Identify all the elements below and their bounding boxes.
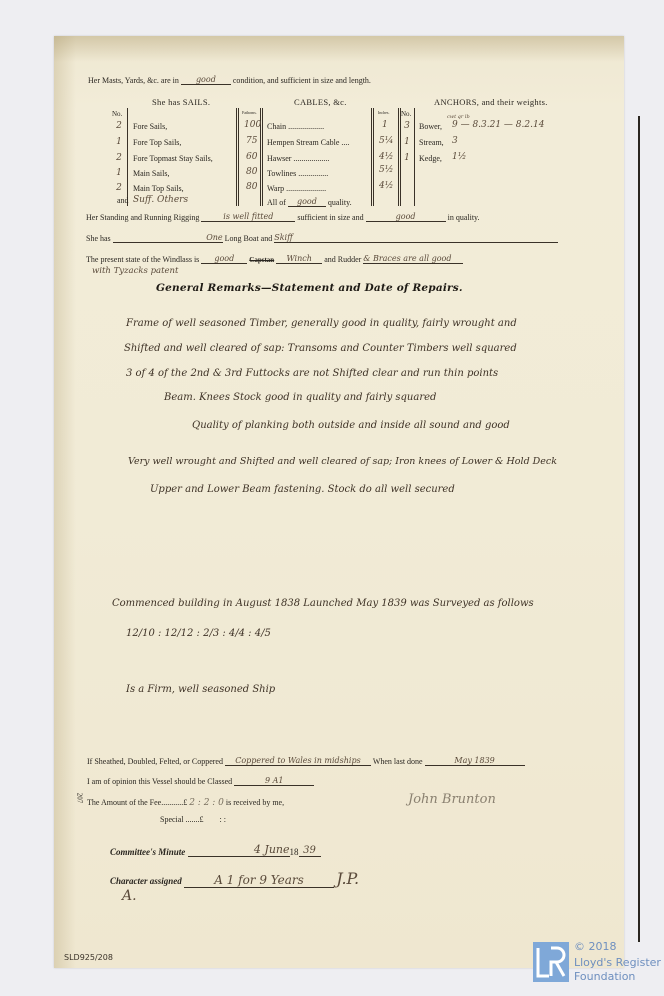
boats-label: She has [86, 234, 111, 243]
character-line: Character assigned A 1 for 9 Years J.P. [110, 869, 359, 888]
cable-fathoms: 80 [246, 167, 257, 177]
org-name-line1: Lloyd's Register [574, 956, 661, 969]
anchor-count: 1 [400, 153, 414, 163]
cable-fathoms: 60 [246, 152, 257, 162]
cable-inches: 5½ [379, 165, 393, 175]
cable-label: Hempen Stream Cable .... [267, 138, 349, 147]
sail-label: Main Sails, [133, 169, 169, 178]
masts-suffix: condition, and sufficient in size and le… [233, 76, 371, 85]
sail-count: 1 [112, 168, 126, 178]
fee-label: The Amount of the Fee...........£ [87, 798, 187, 807]
lr-logo-icon [533, 942, 569, 982]
character-initials: J.P. [336, 869, 359, 888]
remark-line: Beam. Knees Stock good in quality and fa… [164, 392, 436, 403]
character-label: Character assigned [110, 876, 182, 886]
masts-line: Her Masts, Yards, &c. are in good condit… [88, 75, 371, 85]
anchor-count: 1 [400, 137, 414, 147]
classed-label: I am of opinion this Vessel should be Cl… [87, 777, 232, 786]
boat-other-value: Skiff [274, 233, 558, 243]
cable-quality-suffix: quality. [328, 198, 352, 207]
sail-label: Fore Sails, [133, 122, 167, 131]
special-line: Special .......£ : : [160, 815, 226, 824]
rigging-quality-value: good [366, 212, 446, 222]
cable-inches: 4½ [379, 152, 393, 162]
last-done-label: When last done [373, 757, 423, 766]
fee-value: 2 : 2 : 0 [189, 798, 224, 808]
rudder-value: & Braces are all good [363, 254, 463, 264]
sheathed-value: Coppered to Wales in midships [225, 756, 371, 766]
sail-count: 2 [112, 121, 126, 131]
sails-header: She has SAILS. [152, 97, 210, 107]
special-value: : : [220, 815, 226, 824]
anchor-label: Stream, [419, 138, 444, 147]
rigging-value: is well fitted [201, 212, 295, 222]
org-name-line2: Foundation [574, 970, 635, 983]
sheathed-label: If Sheathed, Doubled, Felted, or Coppere… [87, 757, 223, 766]
surveyor-signature: John Brunton [408, 792, 496, 807]
lr-logo-glyph-icon [533, 942, 569, 982]
cable-inches: 4½ [379, 181, 393, 191]
anchor-count: 3 [400, 121, 414, 131]
capstan-label: Capstan [249, 256, 274, 264]
cable-inches: 5¼ [379, 136, 393, 146]
fathoms-col-divider-left [236, 108, 239, 206]
cable-fathoms: 80 [246, 182, 257, 192]
sail-label: Fore Top Sails, [133, 138, 181, 147]
right-border-rule [638, 116, 640, 942]
cable-inches: 1 [382, 120, 388, 130]
remark-line: 3 of 4 of the 2nd & 3rd Futtocks are not… [126, 368, 498, 379]
remark-line: Upper and Lower Beam fastening. Stock do… [150, 484, 455, 495]
anchor-weights: 1½ [452, 152, 466, 162]
inches-col-divider-left [371, 108, 374, 206]
long-boat-count: One [113, 233, 223, 243]
remark-line: Very well wrought and Shifted and well c… [128, 456, 557, 467]
anchor-label: Bower, [419, 122, 442, 131]
sail-count: 2 [112, 183, 126, 193]
cable-label: Hawser .................. [267, 154, 329, 163]
inches-header: Inches. [378, 110, 389, 115]
cable-label: Warp .................... [267, 184, 326, 193]
general-remarks-title: General Remarks—Statement and Date of Re… [156, 282, 463, 294]
windlass-line: The present state of the Windlass is goo… [86, 254, 463, 264]
character-value: A 1 for 9 Years [184, 873, 334, 888]
anchors-no-header: No. [401, 110, 411, 118]
archive-reference: SLD925/208 [64, 953, 113, 962]
masts-label: Her Masts, Yards, &c. are in [88, 76, 179, 85]
remark-line: Quality of planking both outside and ins… [192, 420, 510, 431]
survey-measurements: 12/10 : 12/12 : 2/3 : 4/4 : 4/5 [126, 628, 271, 639]
remark-line: Commenced building in August 1838 Launch… [112, 598, 534, 609]
anchor-weights: 3 [452, 136, 458, 146]
sail-count: 2 [112, 153, 126, 163]
committee-line: Committee's Minute 4 June1839 [110, 843, 321, 857]
committee-year-prefix: 18 [290, 847, 299, 857]
classed-value: 9 A1 [234, 776, 314, 786]
windlass-continuation: with Tyzacks patent [92, 266, 178, 276]
sail-label: Suff. Others [133, 195, 188, 205]
rigging-label: Her Standing and Running Rigging [86, 213, 199, 222]
cable-quality-line: All of good quality. [267, 197, 352, 207]
committee-date: 4 June [188, 843, 290, 857]
fee-suffix: is received by me, [226, 798, 284, 807]
sails-no-header: No. [112, 110, 122, 118]
cable-quality-prefix: All of [267, 198, 286, 207]
sail-count: 1 [112, 137, 126, 147]
cable-label: Towlines ............... [267, 169, 328, 178]
sail-label: Fore Topmast Stay Sails, [133, 154, 213, 163]
windlass-value: good [201, 254, 247, 264]
committee-year: 39 [299, 845, 321, 857]
cable-quality-value: good [288, 197, 326, 207]
fathoms-header: Fathoms. [242, 110, 257, 115]
cable-fathoms: 75 [246, 136, 257, 146]
sail-count: and [117, 196, 129, 205]
anchors-col-divider [414, 108, 415, 206]
remark-line: Shifted and well cleared of sap: Transom… [124, 343, 517, 354]
windlass-label: The present state of the Windlass is [86, 255, 199, 264]
sheathed-line: If Sheathed, Doubled, Felted, or Coppere… [87, 756, 525, 766]
special-label: Special .......£ [160, 815, 204, 824]
sail-label: Main Top Sails, [133, 184, 184, 193]
fee-line: The Amount of the Fee...........£ 2 : 2 … [87, 798, 284, 808]
fee-margin-note: 207 [75, 793, 83, 804]
cables-header: CABLES, &c. [294, 97, 347, 107]
cable-fathoms: 100 [244, 120, 261, 130]
cable-label: Chain .................. [267, 122, 324, 131]
rigging-suffix: in quality. [448, 213, 480, 222]
rigging-line: Her Standing and Running Rigging is well… [86, 212, 480, 222]
rigging-middle: sufficient in size and [297, 213, 363, 222]
masts-value: good [181, 75, 231, 85]
committee-label: Committee's Minute [110, 847, 185, 857]
rudder-label: and Rudder [324, 255, 361, 264]
copyright-text: © 2018 [574, 940, 617, 953]
remark-line: Is a Firm, well seasoned Ship [126, 684, 275, 695]
boats-middle: Long Boat and [225, 234, 273, 243]
classed-line: I am of opinion this Vessel should be Cl… [87, 776, 314, 786]
sails-col-divider [127, 108, 128, 206]
boats-line: She has One Long Boat and Skiff [86, 233, 558, 243]
remark-line: Frame of well seasoned Timber, generally… [126, 318, 517, 329]
anchor-label: Kedge, [419, 154, 442, 163]
anchors-header: ANCHORS, and their weights. [434, 97, 548, 107]
last-done-date: May 1839 [425, 756, 525, 766]
capstan-value: Winch [276, 254, 322, 264]
anchor-weights: 9 — 8.3.21 — 8.2.14 [452, 120, 544, 130]
bottom-mark: A. [122, 888, 137, 904]
